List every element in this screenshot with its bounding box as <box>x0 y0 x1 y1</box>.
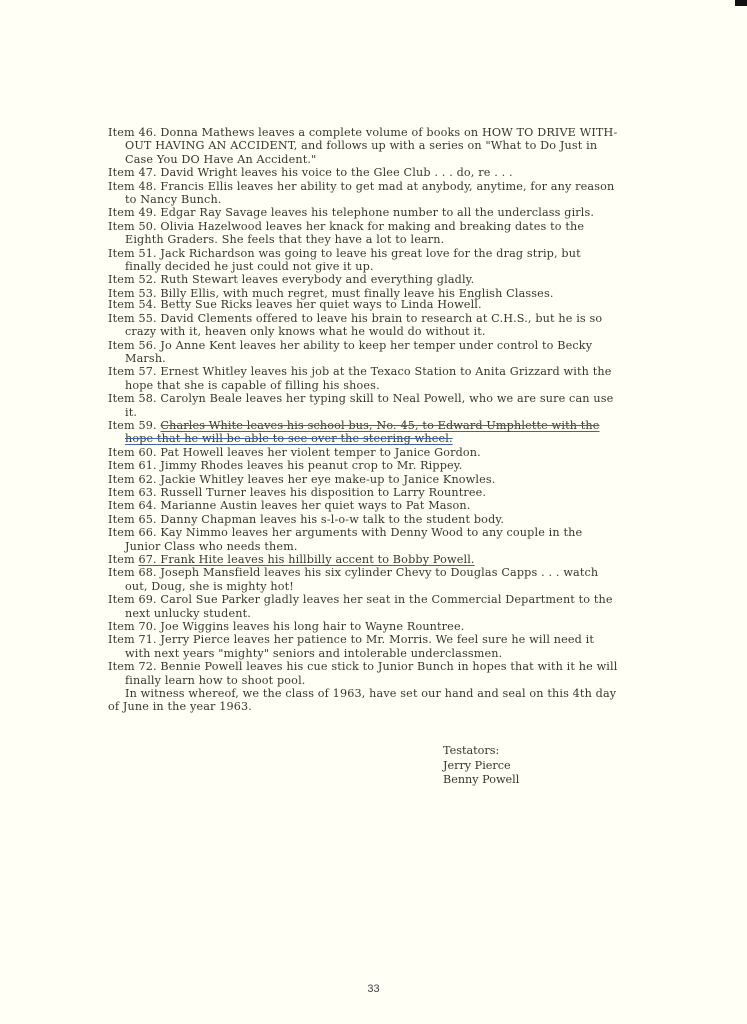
pen-annotation-strikethrough: Charles White leaves his school bus, No.… <box>125 419 600 445</box>
item-60: Item 60. Pat Howell leaves her violent t… <box>108 446 618 459</box>
item-59: Item 59. Charles White leaves his school… <box>108 419 618 446</box>
item-61: Item 61. Jimmy Rhodes leaves his peanut … <box>108 459 618 472</box>
item-47: Item 47. David Wright leaves his voice t… <box>108 166 618 179</box>
item-57: Item 57. Ernest Whitley leaves his job a… <box>108 365 618 392</box>
item-71: Item 71. Jerry Pierce leaves her patienc… <box>108 633 618 660</box>
item-56: Item 56. Jo Anne Kent leaves her ability… <box>108 339 618 366</box>
testators-block: Testators: Jerry Pierce Benny Powell <box>443 744 519 788</box>
item-67: Item 67. Frank Hite leaves his hillbilly… <box>108 553 618 566</box>
scan-corner-mark <box>735 0 747 6</box>
item-51: Item 51. Jack Richardson was going to le… <box>108 247 618 274</box>
witness-statement: In witness whereof, we the class of 1963… <box>108 687 618 714</box>
will-items: Item 46. Donna Mathews leaves a complete… <box>108 126 618 714</box>
item-69: Item 69. Carol Sue Parker gladly leaves … <box>108 593 618 620</box>
pen-annotation-underline: 67. Frank Hite leaves his hillbilly acce… <box>138 553 474 566</box>
item-54: Item 54. Betty Sue Ricks leaves her quie… <box>108 298 618 311</box>
testator-name: Benny Powell <box>443 773 519 788</box>
item-50: Item 50. Olivia Hazelwood leaves her kna… <box>108 220 618 247</box>
testator-name: Jerry Pierce <box>443 759 519 774</box>
item-49: Item 49. Edgar Ray Savage leaves his tel… <box>108 206 618 219</box>
item-68: Item 68. Joseph Mansfield leaves his six… <box>108 566 618 593</box>
item-48: Item 48. Francis Ellis leaves her abilit… <box>108 180 618 207</box>
item-46: Item 46. Donna Mathews leaves a complete… <box>108 126 618 166</box>
item-52: Item 52. Ruth Stewart leaves everybody a… <box>108 273 618 286</box>
item-63: Item 63. Russell Turner leaves his dispo… <box>108 486 618 499</box>
item-58: Item 58. Carolyn Beale leaves her typing… <box>108 392 618 419</box>
testators-heading: Testators: <box>443 744 519 759</box>
item-55: Item 55. David Clements offered to leave… <box>108 312 618 339</box>
item-72: Item 72. Bennie Powell leaves his cue st… <box>108 660 618 687</box>
item-64: Item 64. Marianne Austin leaves her quie… <box>108 499 618 512</box>
item-62: Item 62. Jackie Whitley leaves her eye m… <box>108 473 618 486</box>
item-65: Item 65. Danny Chapman leaves his s-l-o-… <box>108 513 618 526</box>
page-number: 33 <box>0 983 747 995</box>
item-66: Item 66. Kay Nimmo leaves her arguments … <box>108 526 618 553</box>
item-70: Item 70. Joe Wiggins leaves his long hai… <box>108 620 618 633</box>
